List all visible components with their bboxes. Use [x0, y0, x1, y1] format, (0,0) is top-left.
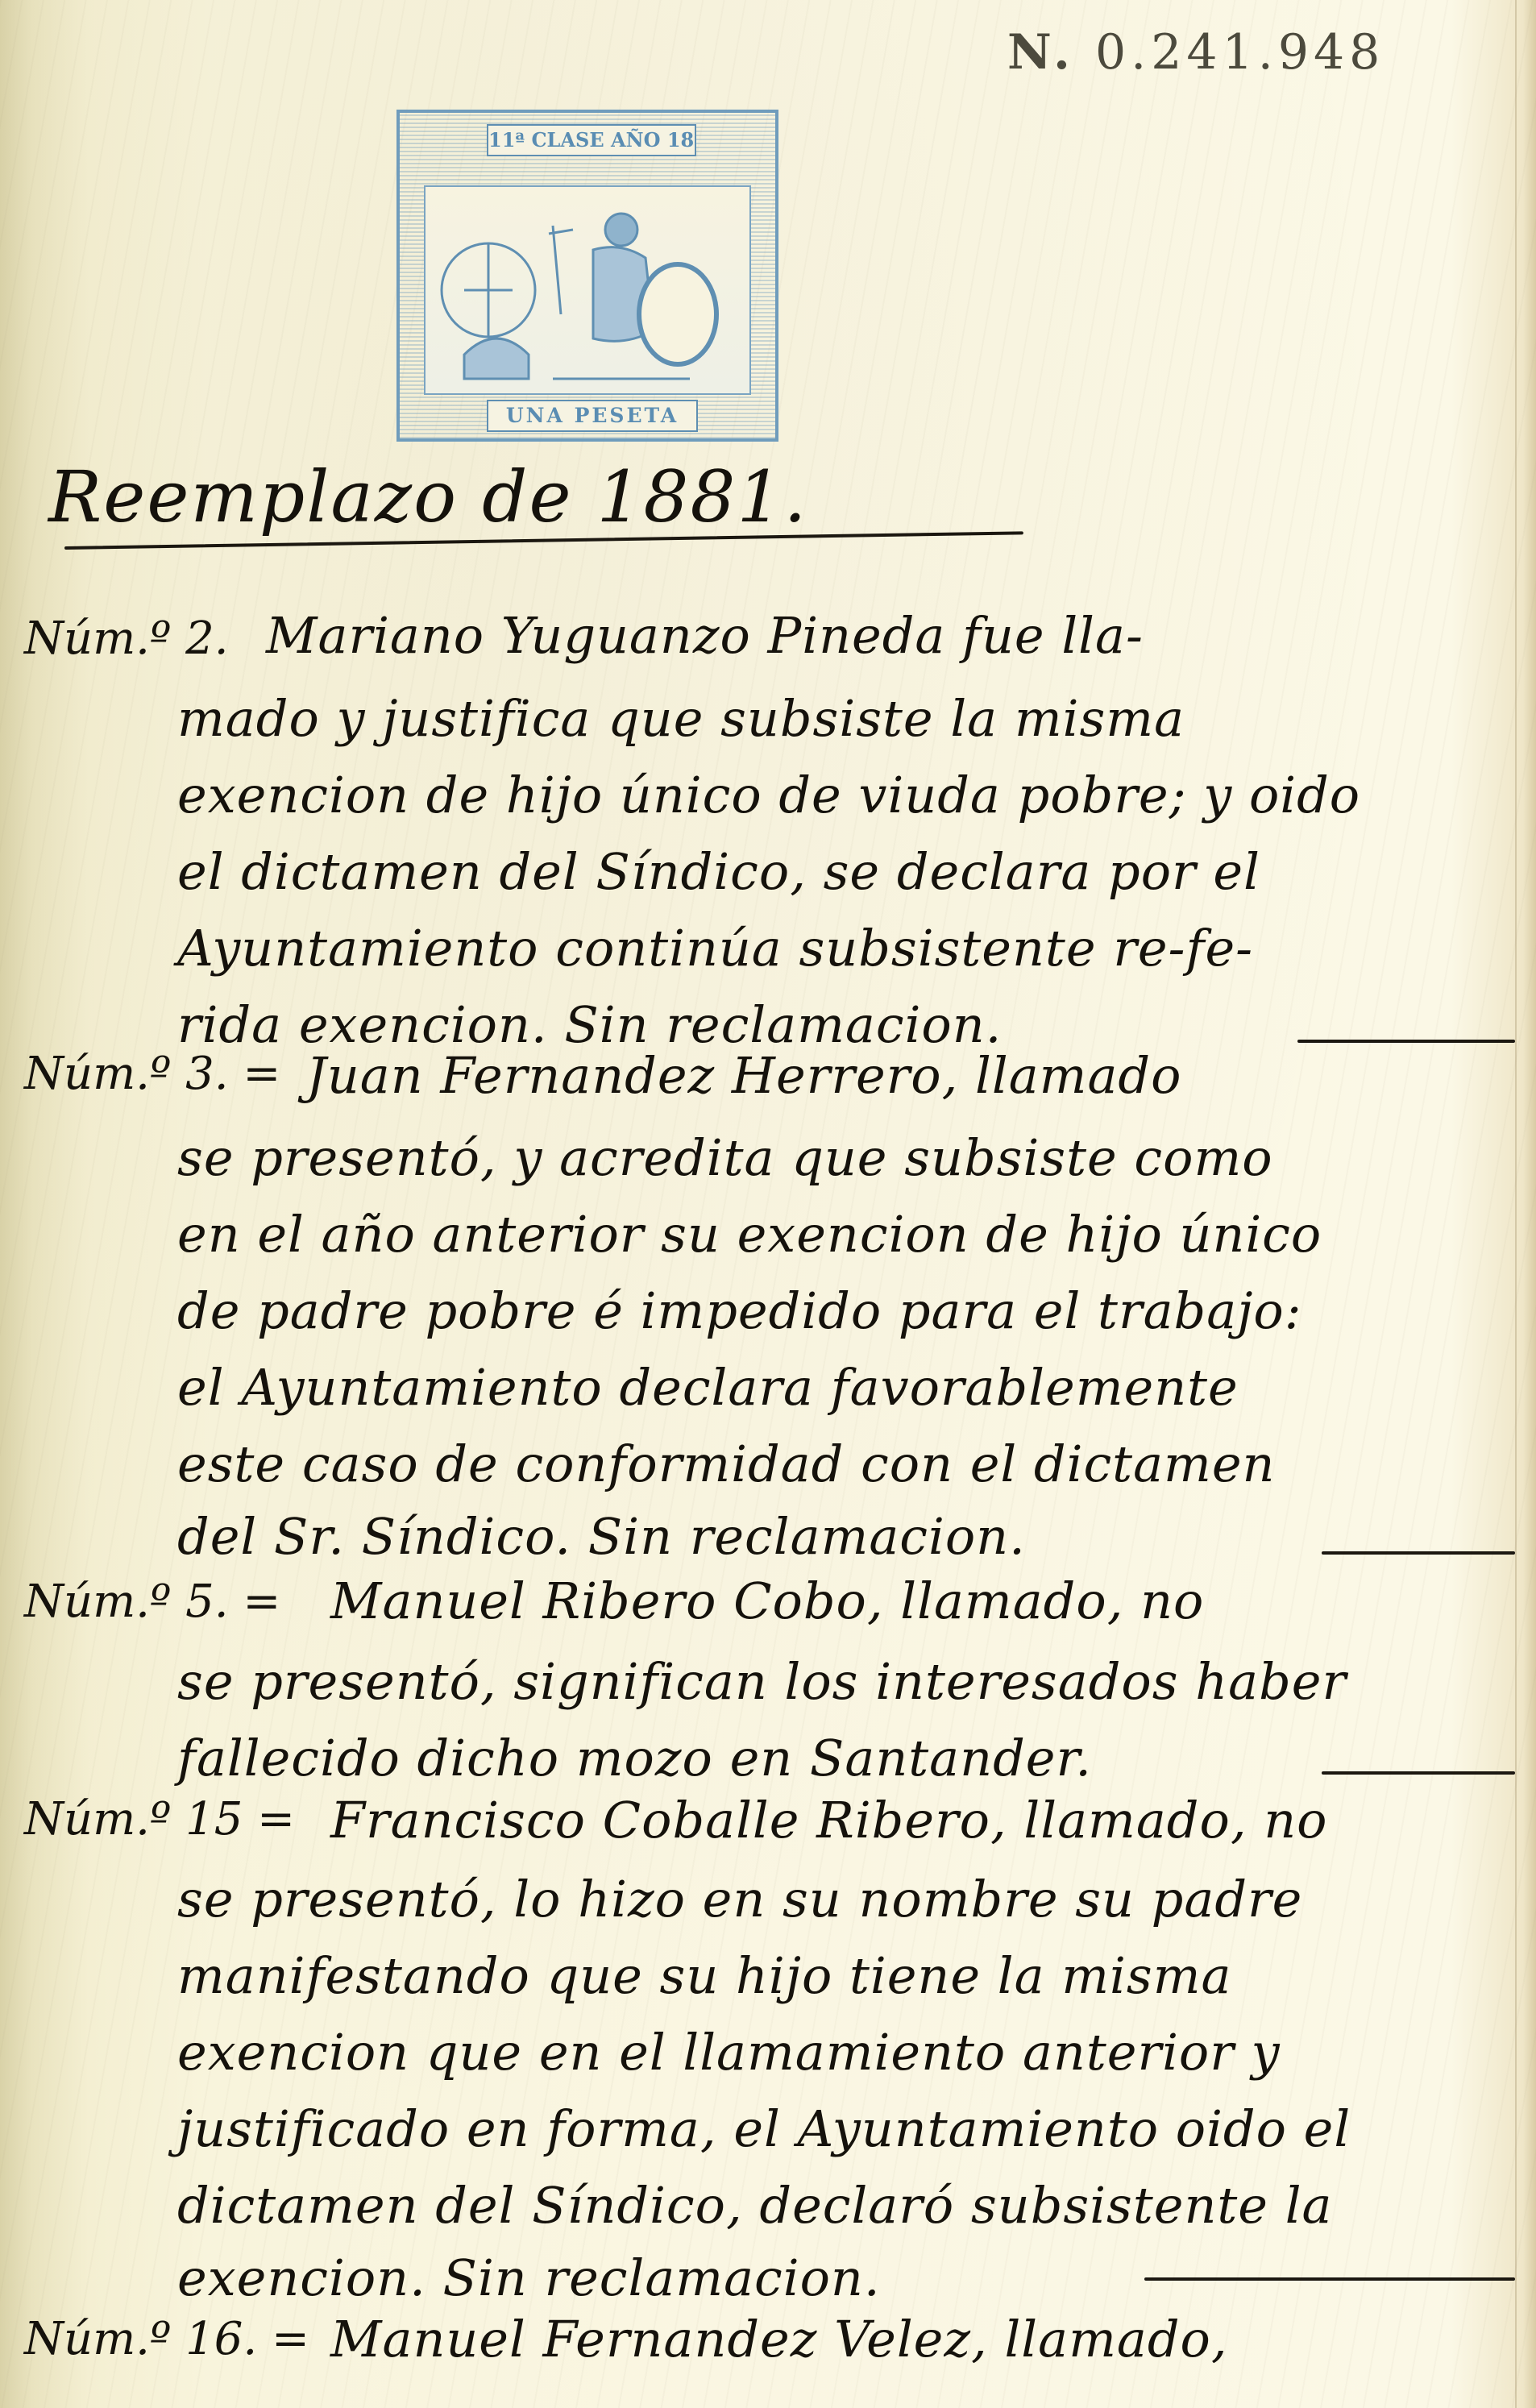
entry-number: Núm.º 5. = — [24, 1576, 280, 1628]
page-title: Reemplazo de 1881. — [48, 455, 807, 538]
entry-line: Manuel Ribero Cobo, llamado, no — [330, 1571, 1204, 1630]
entry-line: Mariano Yuguanzo Pineda fue lla- — [266, 606, 1144, 665]
line-end-dash — [1297, 1040, 1515, 1043]
entry-line: se presentó, lo hizo en su nombre su pad… — [177, 1870, 1302, 1928]
entry-line: Juan Fernandez Herrero, llamado — [306, 1046, 1181, 1105]
entry-line: de padre pobre é impedido para el trabaj… — [177, 1281, 1302, 1340]
entry-line: del Sr. Síndico. Sin reclamacion. — [177, 1507, 1026, 1566]
entry-line: dictamen del Síndico, declaró subsistent… — [177, 2176, 1333, 2235]
serial-number: N. 0.241.948 — [1007, 24, 1384, 81]
entry-line: en el año anterior su exencion de hijo ú… — [177, 1205, 1322, 1264]
entry-line: el dictamen del Síndico, se declara por … — [177, 842, 1260, 901]
serial-prefix: N. — [1007, 24, 1075, 81]
entry-line: Manuel Fernandez Velez, llamado, — [330, 2310, 1228, 2369]
entry-line: fallecido dicho mozo en Santander. — [177, 1729, 1092, 1787]
entry-number: Núm.º 2. — [24, 612, 229, 665]
page-edge — [1515, 0, 1517, 2408]
entry-line: se presentó, significan los interesados … — [177, 1652, 1347, 1711]
stamp-value: UNA PESETA — [487, 400, 698, 432]
seated-figure-icon — [432, 193, 746, 395]
entry-line: el Ayuntamiento declara favorablemente — [177, 1358, 1239, 1417]
entry-line: este caso de conformidad con el dictamen — [177, 1434, 1275, 1493]
line-end-dash — [1322, 1771, 1515, 1775]
entry-line: exencion que en el llamamiento anterior … — [177, 2023, 1281, 2082]
entry-line: exencion. Sin reclamacion. — [177, 2248, 881, 2307]
entry-number: Núm.º 15 = — [24, 1793, 295, 1845]
line-end-dash — [1322, 1551, 1515, 1555]
entry-line: exencion de hijo único de viuda pobre; y… — [177, 766, 1360, 824]
entry-line: mado y justifica que subsiste la misma — [177, 689, 1185, 748]
entry-line: manifestando que su hijo tiene la misma — [177, 1946, 1231, 2005]
entry-line: se presentó, y acredita que subsiste com… — [177, 1128, 1273, 1187]
entry-number: Núm.º 3. = — [24, 1048, 280, 1100]
serial-value: 0.241.948 — [1095, 24, 1384, 81]
stamp-header: 11ª CLASE AÑO 1883 — [487, 124, 696, 156]
entry-line: justificado en forma, el Ayuntamiento oi… — [177, 2099, 1351, 2158]
entry-line: Francisco Coballe Ribero, llamado, no — [330, 1791, 1328, 1850]
line-end-dash — [1144, 2277, 1515, 2281]
tax-stamp: 11ª CLASE AÑO 1883 UNA PESETA — [396, 110, 778, 442]
entry-number: Núm.º 16. = — [24, 2313, 309, 2365]
entry-line: Ayuntamiento continúa subsistente re-fe- — [177, 919, 1253, 978]
